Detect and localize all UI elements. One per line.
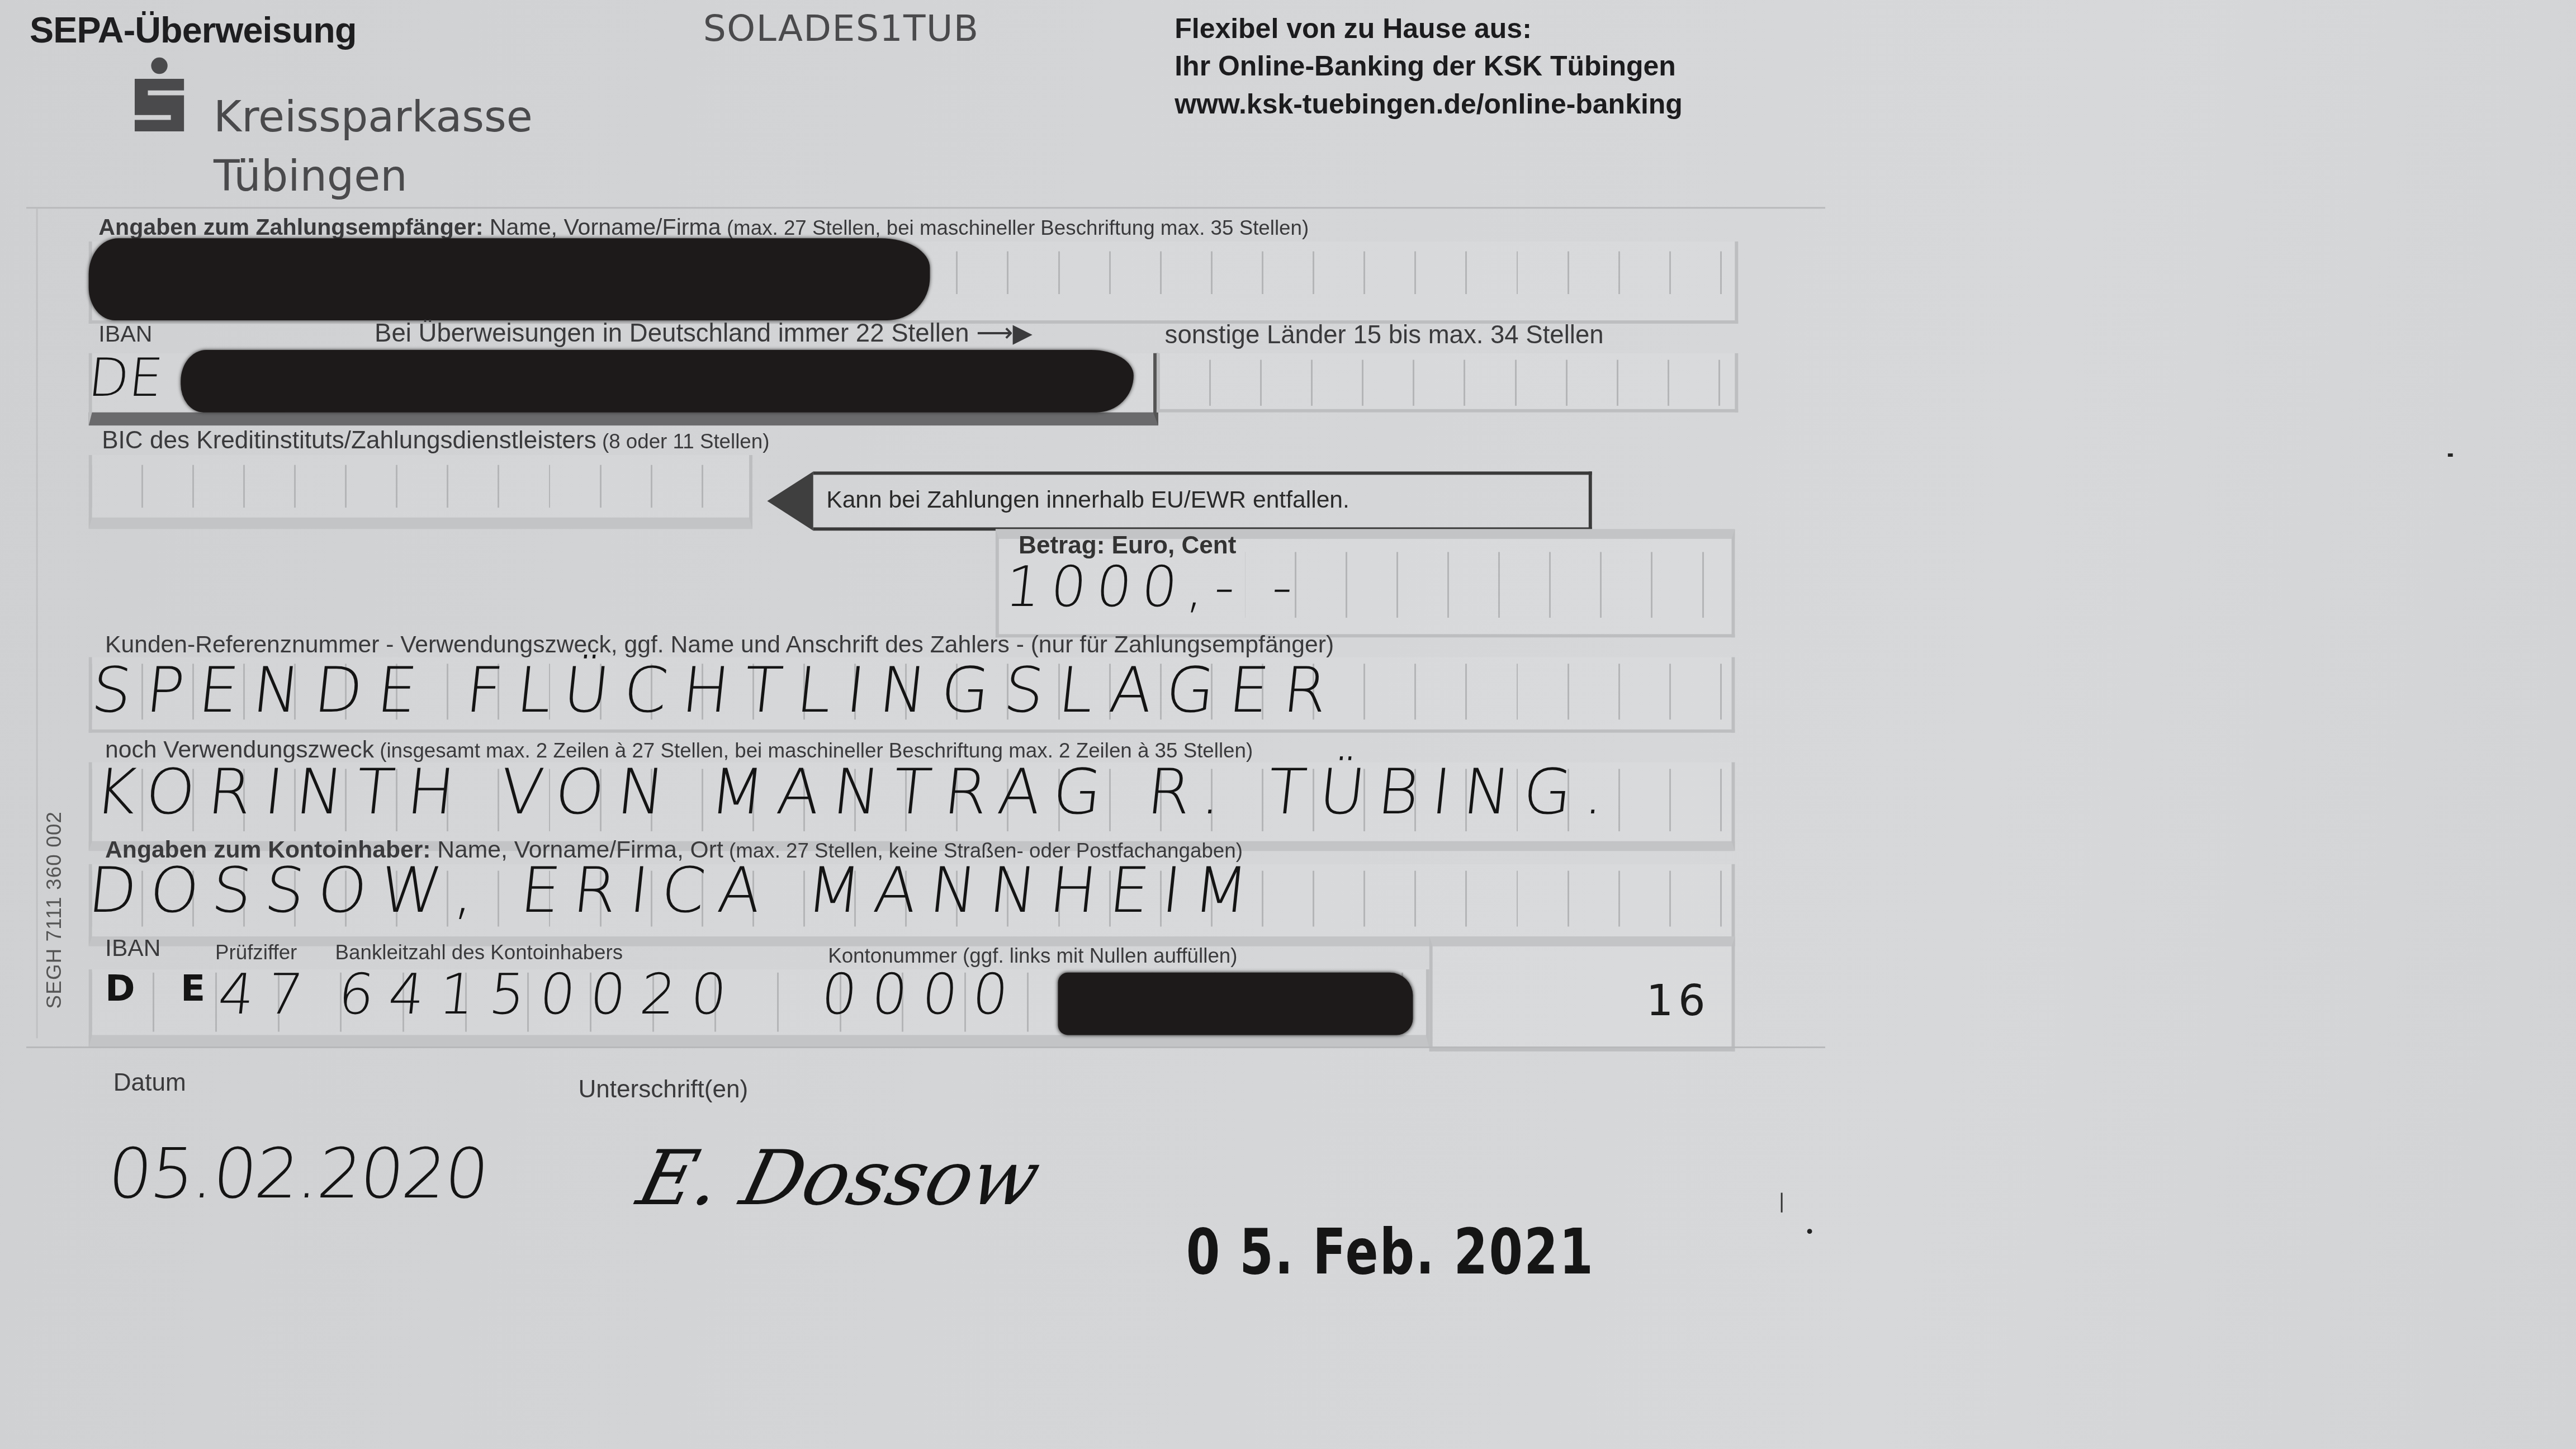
paper-speck [1807, 1229, 1812, 1234]
payee-iban-extension[interactable] [1157, 353, 1738, 413]
signature-value: E. Dossow [629, 1134, 1049, 1223]
promo-line-1: Flexibel von zu Hause aus: [1175, 10, 1683, 48]
form-title: SEPA-Überweisung [30, 10, 357, 53]
form-bottom-rule [26, 1046, 1825, 1048]
signature-label: Unterschrift(en) [578, 1076, 748, 1104]
holder-account-redaction [1058, 973, 1413, 1035]
reference2-value: KORINTH VON MANTRAG R. TÜBING. [92, 756, 1622, 828]
payee-name-redaction [89, 238, 930, 320]
bank-name: Kreissparkasse Tübingen [214, 89, 533, 207]
payee-label: Angaben zum Zahlungsempfänger: Name, Vor… [98, 214, 1309, 240]
blz-label: Bankleitzahl des Kontoinhabers [335, 941, 623, 964]
payee-iban-prefix: DE [86, 347, 166, 409]
form-code: 16 [1646, 978, 1711, 1027]
iban-de-hint: Bei Überweisungen in Deutschland immer 2… [375, 319, 1032, 350]
iban-other-hint: sonstige Länder 15 bis max. 34 Stellen [1165, 322, 1604, 352]
online-banking-promo: Flexibel von zu Hause aus: Ihr Online-Ba… [1175, 10, 1683, 124]
bank-bic-code: SOLADES1TUB [703, 10, 979, 51]
holder-iban-check-digits: 47 [215, 963, 320, 1029]
account-holder-value: DOSSOW, ERICA MANNHEIM [85, 854, 1265, 926]
holder-account-visible: 0000 [818, 963, 1026, 1029]
check-digit-label: Prüfziffer [215, 941, 297, 964]
bic-field[interactable] [89, 455, 752, 529]
promo-line-2: Ihr Online-Banking der KSK Tübingen [1175, 48, 1683, 86]
date-label: Datum [113, 1069, 186, 1097]
bic-label: BIC des Kreditinstituts/Zahlungsdienstle… [102, 427, 769, 455]
holder-iban-blz: 64150020 [335, 963, 745, 1029]
date-value: 05.02.2020 [104, 1134, 491, 1214]
arrow-right-icon: ⟶▶ [976, 320, 1032, 348]
promo-line-3: www.ksk-tuebingen.de/online-banking [1175, 86, 1683, 124]
payee-iban-label: IBAN [98, 320, 152, 347]
paper-speck [2448, 453, 2453, 457]
arrow-left-icon [767, 471, 813, 531]
photo-background: SEPA-Überweisung SOLADES1TUB Flexibel vo… [0, 0, 2576, 1449]
sepa-transfer-form: SEPA-Überweisung SOLADES1TUB Flexibel vo… [0, 0, 2576, 1449]
reference-value: SPENDE FLÜCHTLINGSLAGER [88, 654, 1346, 726]
holder-iban-label: IBAN [105, 936, 160, 963]
paper-mark [1781, 1193, 1783, 1213]
sparkasse-s-logo-icon [131, 56, 187, 135]
bic-optional-note: Kann bei Zahlungen innerhalb EU/EWR entf… [813, 471, 1592, 531]
holder-iban-country: D E [105, 969, 222, 1010]
receipt-date-stamp: 0 5. Feb. 2021 [1186, 1216, 1594, 1288]
amount-value: 1000,- - [1002, 555, 1305, 621]
payee-iban-redaction [181, 350, 1134, 413]
bic-value [89, 419, 91, 420]
